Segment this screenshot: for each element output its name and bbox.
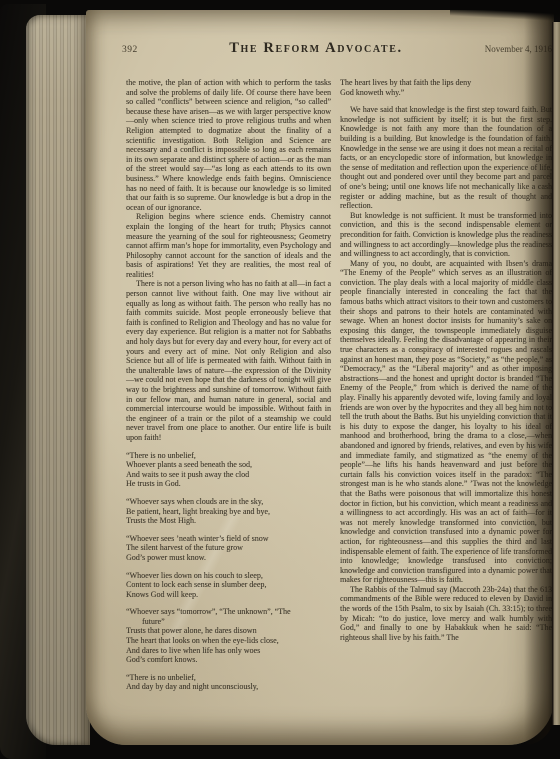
verse-stanza: “Whoever lies down on his couch to sleep… [126,571,331,600]
paragraph: Many of you, no doubt, are acquainted wi… [340,259,552,585]
issue-date: November 4, 1916 [462,44,552,54]
verse-stanza: “Whoever says “tomorrow”, “The unknown”,… [126,607,331,665]
book-page: 392 The Reform Advocate. November 4, 191… [86,10,554,745]
paragraph: The Rabbis of the Talmud say (Maccoth 23… [340,585,552,643]
paragraph: Religion begins where science ends. Chem… [126,212,331,279]
text-columns: the motive, the plan of action with whic… [126,78,552,692]
page-header: 392 The Reform Advocate. November 4, 191… [122,40,552,57]
text-column-right: The heart lives by that faith the lips d… [340,78,552,692]
text-column-left: the motive, the plan of action with whic… [126,78,331,692]
facing-page-sliver [552,22,560,725]
verse-stanza: “There is no unbelief, Whoever plants a … [126,451,331,489]
page-edges [26,15,90,745]
paragraph: We have said that knowledge is the first… [340,105,552,211]
paragraph: There is not a person living who has no … [126,279,331,442]
verse-stanza: “Whoever sees ’neath winter’s field of s… [126,534,331,563]
paragraph: the motive, the plan of action with whic… [126,78,331,212]
page-number: 392 [122,45,170,55]
paragraph: But knowledge is not sufficient. It must… [340,211,552,259]
verse-stanza: “Whoever says when clouds are in the sky… [126,497,331,526]
verse-stanza: The heart lives by that faith the lips d… [340,78,552,97]
corner-shadow [450,0,560,30]
verse-stanza: “There is no unbelief, And day by day an… [126,673,331,692]
book-photo: 392 The Reform Advocate. November 4, 191… [0,0,560,759]
masthead-title: The Reform Advocate. [170,40,462,57]
